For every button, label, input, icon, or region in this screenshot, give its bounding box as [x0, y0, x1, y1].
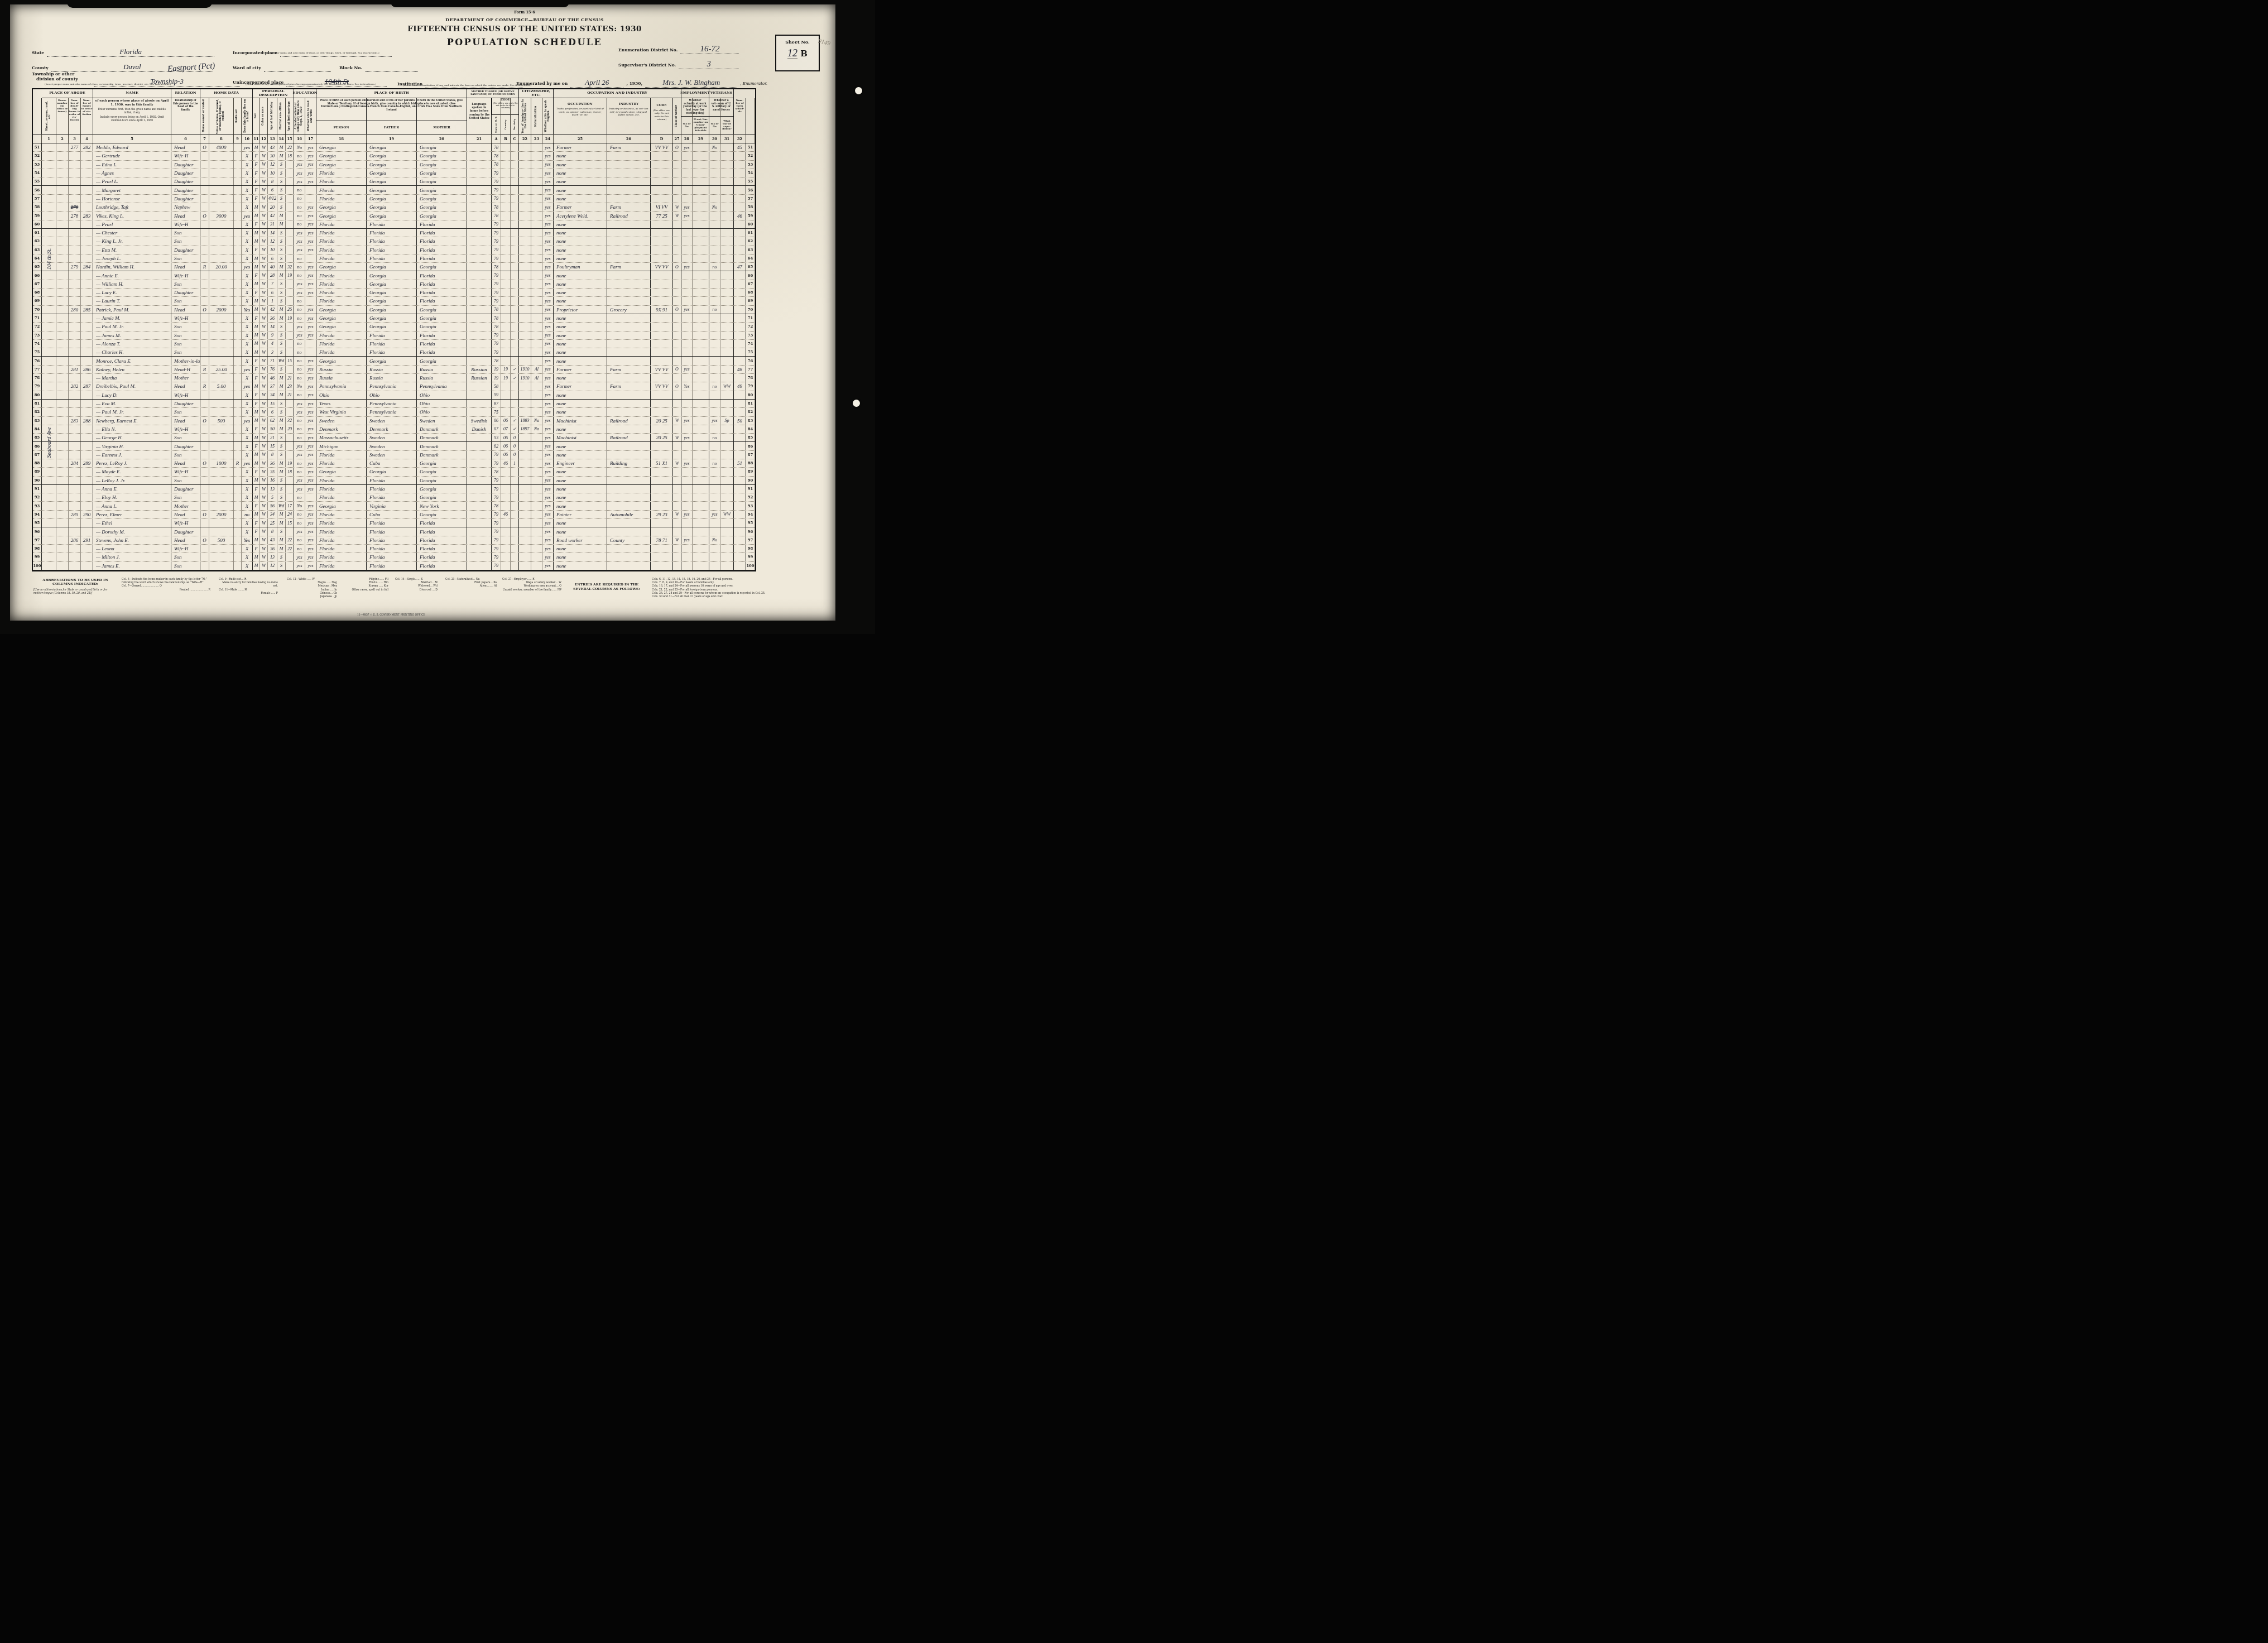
abbreviation-block-0: Col. 6—Indicate the home-maker in each f… [122, 578, 214, 592]
abbreviation-block-1: Col. 9—Radio set… RMake no entry for fam… [219, 578, 281, 595]
abbreviations-title: ABBREVIATIONS TO BE USED IN COLUMNS INDI… [33, 578, 117, 595]
abbreviation-block-3: Filipino…… FilHindu……. HinKorean ….. Kor… [344, 578, 392, 592]
abbreviation-block-2: Col. 12—White ….. WNegro ….. NegMexican … [287, 578, 340, 599]
scanned-census-page: Form 15-6 DEPARTMENT OF COMMERCE—BUREAU … [0, 0, 875, 634]
form-footer: ABBREVIATIONS TO BE USED IN COLUMNS INDI… [0, 0, 875, 634]
abbreviation-block-4: Col. 14—Single…… SMarried… MWidowed… WdD… [395, 578, 441, 592]
abbreviation-block-5: Col. 23—Naturalized… NaFirst papers… PaA… [445, 578, 500, 589]
abbreviation-block-6: Col. 27—Employer…… EWage or salary worke… [502, 578, 565, 592]
entries-required-title: ENTRIES ARE REQUIRED IN THE SEVERAL COLU… [570, 583, 643, 592]
printer-mark: 11—4957 ✩ U. S. GOVERNMENT PRINTING OFFI… [357, 614, 425, 617]
entries-required-list: Cols. 6, 11, 12, 13, 14, 15, 18, 19, 20,… [652, 578, 819, 599]
